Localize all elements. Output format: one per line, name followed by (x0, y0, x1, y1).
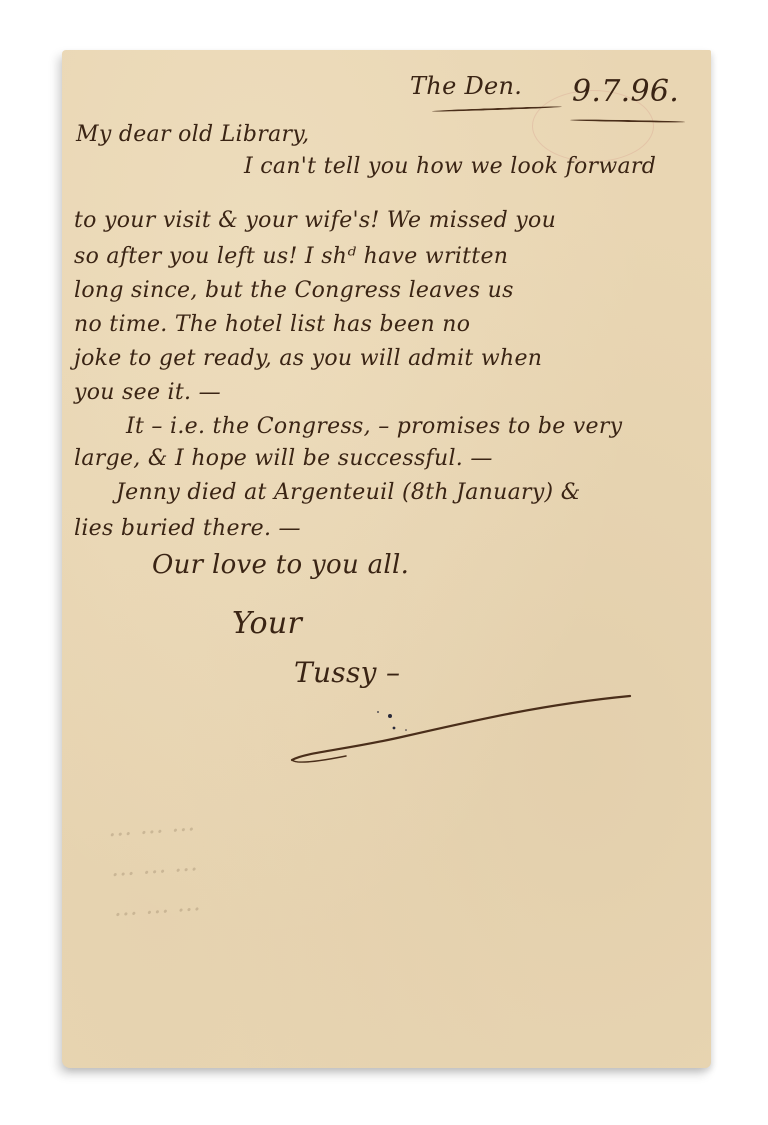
heading-date: 9.7.96. (572, 74, 679, 109)
body-line: long since, but the Congress leaves us (74, 278, 514, 303)
body-line: large, & I hope will be successful. — (74, 446, 493, 471)
body-line: no time. The hotel list has been no (74, 312, 470, 337)
body-line: lies buried there. — (74, 516, 301, 541)
body-line: Jenny died at Argenteuil (8th January) & (116, 480, 581, 505)
faint-pencil-notes: … … … … … … … … … (106, 772, 633, 928)
body-line: I can't tell you how we look forward (244, 154, 656, 179)
body-line: you see it. — (74, 380, 221, 405)
body-line: It – i.e. the Congress, – promises to be… (126, 414, 622, 439)
letter-card: The Den. 9.7.96. My dear old Library, I … (62, 50, 711, 1068)
salutation: My dear old Library, (76, 122, 309, 147)
heading-place: The Den. (410, 72, 522, 100)
body-line: to your visit & your wife's! We missed y… (74, 208, 556, 233)
closing-your: Your (232, 606, 302, 641)
signature-flourish-icon (286, 690, 636, 770)
body-line: so after you left us! I shᵈ have written (74, 244, 508, 269)
body-line: joke to get ready, as you will admit whe… (74, 346, 542, 371)
closing-line: Our love to you all. (152, 550, 409, 580)
signature: Tussy – (294, 656, 400, 689)
